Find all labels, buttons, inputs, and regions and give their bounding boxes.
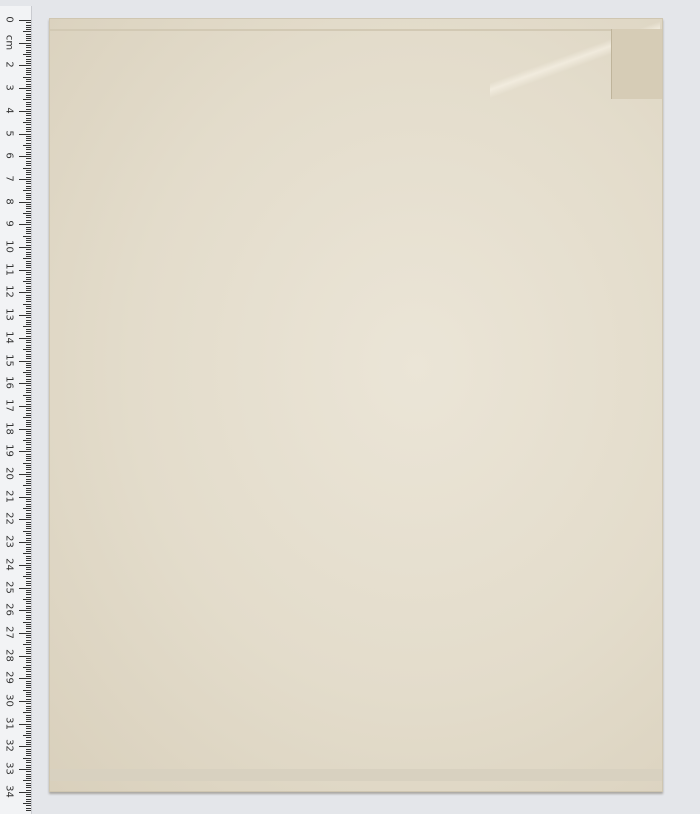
ruler-tick	[26, 494, 31, 495]
ruler-tick	[26, 408, 31, 409]
ruler-tick	[26, 653, 31, 654]
ruler-tick	[26, 628, 31, 629]
ruler-tick	[26, 460, 31, 461]
ruler-tick	[26, 583, 31, 584]
ruler-tick	[26, 381, 31, 382]
ruler-number: 29	[4, 670, 15, 686]
ruler-tick	[26, 295, 31, 296]
ruler-tick	[19, 292, 31, 293]
ruler-tick	[19, 497, 31, 498]
ruler-number: 13	[4, 307, 15, 323]
ruler-tick	[26, 174, 31, 175]
ruler-tick	[19, 746, 31, 747]
ruler-tick	[26, 426, 31, 427]
ruler-tick	[26, 740, 31, 741]
ruler-tick	[23, 326, 31, 327]
ruler-tick	[26, 208, 31, 209]
ruler-tick	[23, 213, 31, 214]
ruler-tick	[26, 458, 31, 459]
ruler-tick	[19, 338, 31, 339]
ruler-tick	[26, 320, 31, 321]
ruler-tick	[19, 111, 31, 112]
ruler-tick	[23, 622, 31, 623]
ruler-tick	[26, 177, 31, 178]
ruler-tick	[26, 106, 31, 107]
ruler-tick	[26, 597, 31, 598]
ruler-tick	[26, 465, 31, 466]
ruler-number: 9	[4, 216, 15, 232]
ruler-tick	[19, 474, 31, 475]
ruler-number: 11	[4, 261, 15, 277]
ruler-tick	[26, 81, 31, 82]
ruler-tick	[26, 358, 31, 359]
ruler-tick	[26, 90, 31, 91]
ruler-tick	[23, 145, 31, 146]
ruler-tick	[26, 313, 31, 314]
ruler-tick	[26, 472, 31, 473]
ruler-tick	[26, 476, 31, 477]
ruler-tick	[23, 667, 31, 668]
ruler-tick	[19, 156, 31, 157]
ruler-tick	[26, 199, 31, 200]
ruler-tick	[19, 792, 31, 793]
ruler-tick	[26, 27, 31, 28]
ruler-number: 15	[4, 352, 15, 368]
ruler-tick	[26, 767, 31, 768]
ruler-tick	[26, 517, 31, 518]
ruler-tick	[26, 504, 31, 505]
ruler-number: 2	[4, 57, 15, 73]
ruler-tick	[26, 222, 31, 223]
ruler-tick	[26, 206, 31, 207]
ruler-tick	[26, 311, 31, 312]
ruler-number: 3	[4, 80, 15, 96]
ruler-tick	[26, 74, 31, 75]
ruler-tick	[26, 370, 31, 371]
ruler-tick	[26, 347, 31, 348]
ruler-number: 28	[4, 647, 15, 663]
ruler-tick	[26, 783, 31, 784]
ruler-tick	[26, 431, 31, 432]
ruler-tick	[26, 329, 31, 330]
ruler-tick	[26, 660, 31, 661]
ruler-tick	[26, 40, 31, 41]
ruler-tick	[26, 274, 31, 275]
ruler-tick	[26, 467, 31, 468]
ruler-tick	[26, 544, 31, 545]
ruler-tick	[26, 136, 31, 137]
ruler-tick	[26, 129, 31, 130]
ruler-tick	[26, 572, 31, 573]
ruler-tick	[26, 647, 31, 648]
ruler-tick	[26, 197, 31, 198]
ruler-number: 8	[4, 193, 15, 209]
ruler-tick	[26, 749, 31, 750]
ruler-tick	[26, 703, 31, 704]
ruler-tick	[26, 351, 31, 352]
ruler-tick	[19, 134, 31, 135]
ruler-number: 18	[4, 420, 15, 436]
ruler-tick	[26, 195, 31, 196]
ruler-tick	[26, 143, 31, 144]
ruler-tick	[26, 608, 31, 609]
ruler-tick	[26, 765, 31, 766]
ruler-tick	[26, 86, 31, 87]
ruler-tick	[26, 38, 31, 39]
ruler-tick	[26, 808, 31, 809]
ruler-tick	[26, 771, 31, 772]
ruler-tick	[26, 404, 31, 405]
ruler-tick	[26, 59, 31, 60]
ruler-tick	[26, 47, 31, 48]
ruler-tick	[26, 710, 31, 711]
ruler-tick	[26, 810, 31, 811]
ruler-tick	[26, 93, 31, 94]
ruler-tick	[19, 678, 31, 679]
ruler-tick	[23, 690, 31, 691]
ruler-tick	[26, 601, 31, 602]
ruler-tick	[26, 642, 31, 643]
torn-corner	[611, 29, 662, 99]
ruler-number: 26	[4, 602, 15, 618]
ruler-tick	[26, 161, 31, 162]
ruler-tick	[26, 115, 31, 116]
ruler-tick	[26, 120, 31, 121]
ruler-tick	[26, 242, 31, 243]
ruler-tick	[26, 533, 31, 534]
ruler-tick	[26, 787, 31, 788]
ruler-tick	[19, 20, 31, 21]
ruler-tick	[26, 699, 31, 700]
ruler-tick	[26, 728, 31, 729]
ruler-tick	[19, 429, 31, 430]
ruler-tick	[26, 483, 31, 484]
ruler-tick	[26, 706, 31, 707]
ruler-tick	[26, 612, 31, 613]
ruler-tick	[26, 535, 31, 536]
ruler-tick	[19, 701, 31, 702]
ruler-tick	[26, 651, 31, 652]
ruler-tick	[26, 149, 31, 150]
ruler-tick	[26, 442, 31, 443]
ruler-tick	[26, 331, 31, 332]
ruler-number: 6	[4, 148, 15, 164]
ruler-tick	[23, 258, 31, 259]
ruler-tick	[26, 731, 31, 732]
ruler-tick	[26, 560, 31, 561]
ruler-tick	[26, 594, 31, 595]
ruler-tick	[23, 803, 31, 804]
ruler-tick	[23, 236, 31, 237]
ruler-number: 19	[4, 443, 15, 459]
ruler-tick	[26, 286, 31, 287]
ruler-tick	[26, 204, 31, 205]
ruler-tick	[26, 336, 31, 337]
ruler-tick	[26, 558, 31, 559]
ruler-tick	[26, 785, 31, 786]
ruler-tick	[26, 481, 31, 482]
ruler-tick	[26, 424, 31, 425]
ruler-tick	[26, 681, 31, 682]
ruler-tick	[26, 674, 31, 675]
ruler-tick	[19, 202, 31, 203]
ruler-tick	[26, 340, 31, 341]
ruler-tick	[26, 751, 31, 752]
ruler-tick	[26, 45, 31, 46]
ruler-tick	[19, 65, 31, 66]
ruler-tick	[23, 168, 31, 169]
ruler-number: 31	[4, 715, 15, 731]
ruler-tick	[26, 721, 31, 722]
ruler-number: 30	[4, 693, 15, 709]
ruler-number: 24	[4, 556, 15, 572]
ruler-tick	[23, 599, 31, 600]
ruler-number: 21	[4, 488, 15, 504]
ruler-tick	[19, 179, 31, 180]
ruler-tick	[26, 172, 31, 173]
ruler-tick	[23, 417, 31, 418]
ruler-tick	[23, 281, 31, 282]
ruler-tick	[26, 501, 31, 502]
ruler-tick	[26, 261, 31, 262]
ruler-tick	[26, 776, 31, 777]
ruler-tick	[26, 526, 31, 527]
ruler-tick	[23, 122, 31, 123]
ruler-tick	[26, 522, 31, 523]
ruler-tick	[26, 220, 31, 221]
bottom-edge-strip	[50, 769, 662, 781]
ruler-tick	[26, 25, 31, 26]
ruler-tick	[26, 447, 31, 448]
ruler-tick	[26, 333, 31, 334]
ruler-tick	[26, 415, 31, 416]
ruler-tick	[26, 301, 31, 302]
ruler-tick	[26, 603, 31, 604]
ruler-tick	[23, 349, 31, 350]
ruler-tick	[26, 188, 31, 189]
ruler-tick	[26, 488, 31, 489]
ruler-tick	[19, 724, 31, 725]
ruler-tick	[26, 538, 31, 539]
ruler-tick	[26, 138, 31, 139]
ruler-tick	[26, 97, 31, 98]
ruler-tick	[26, 152, 31, 153]
ruler-tick	[23, 644, 31, 645]
ruler-tick	[26, 717, 31, 718]
ruler-tick	[26, 774, 31, 775]
ruler-tick	[26, 363, 31, 364]
ruler-tick	[26, 438, 31, 439]
ruler-tick	[26, 528, 31, 529]
ruler-tick	[26, 640, 31, 641]
ruler-tick	[26, 444, 31, 445]
ruler-tick	[23, 758, 31, 759]
ruler-tick	[19, 315, 31, 316]
ruler-tick	[26, 799, 31, 800]
ruler-number: 12	[4, 284, 15, 300]
ruler-tick	[26, 256, 31, 257]
ruler-tick	[26, 479, 31, 480]
ruler-tick	[26, 676, 31, 677]
ruler-tick	[26, 308, 31, 309]
ruler-tick	[26, 624, 31, 625]
ruler-tick	[26, 401, 31, 402]
ruler-tick	[26, 492, 31, 493]
ruler-tick	[26, 715, 31, 716]
ruler-tick	[26, 342, 31, 343]
ruler-tick	[26, 193, 31, 194]
ruler-tick	[26, 390, 31, 391]
ruler-tick	[26, 324, 31, 325]
ruler-tick	[26, 631, 31, 632]
ruler-number: 16	[4, 375, 15, 391]
ruler-tick	[26, 742, 31, 743]
ruler-tick	[26, 84, 31, 85]
ruler-tick	[26, 649, 31, 650]
ruler-tick	[26, 433, 31, 434]
ruler-tick	[26, 72, 31, 73]
ruler-tick	[23, 77, 31, 78]
ruler-tick	[23, 54, 31, 55]
ruler-tick	[26, 524, 31, 525]
ruler-tick	[26, 249, 31, 250]
ruler-tick	[26, 574, 31, 575]
ruler-tick	[26, 267, 31, 268]
ruler-tick	[26, 515, 31, 516]
ruler-tick	[26, 510, 31, 511]
ruler-tick	[26, 801, 31, 802]
ruler-tick	[26, 263, 31, 264]
ruler-tick	[26, 113, 31, 114]
ruler-tick	[26, 70, 31, 71]
ruler-tick	[26, 422, 31, 423]
ruler-tick	[26, 124, 31, 125]
ruler-tick	[26, 513, 31, 514]
ruler-tick	[19, 542, 31, 543]
ruler-tick	[26, 376, 31, 377]
ruler-tick	[26, 687, 31, 688]
ruler-number: 34	[4, 783, 15, 799]
ruler-tick	[26, 231, 31, 232]
ruler-tick	[26, 252, 31, 253]
ruler-tick	[26, 109, 31, 110]
ruler-tick	[26, 283, 31, 284]
ruler-tick	[26, 170, 31, 171]
ruler-tick	[26, 306, 31, 307]
ruler-tick	[23, 463, 31, 464]
ruler-tick	[26, 413, 31, 414]
ruler-tick	[19, 383, 31, 384]
ruler-tick	[26, 68, 31, 69]
ruler-tick	[26, 131, 31, 132]
ruler-tick	[23, 712, 31, 713]
ruler-number: cm	[4, 34, 15, 50]
ruler-tick	[26, 388, 31, 389]
ruler-tick	[26, 665, 31, 666]
ruler-tick	[26, 733, 31, 734]
ruler-number: 22	[4, 511, 15, 527]
ruler-number: 5	[4, 125, 15, 141]
ruler-tick	[26, 615, 31, 616]
ruler-tick	[26, 637, 31, 638]
ruler-tick	[26, 288, 31, 289]
ruler-tick	[26, 719, 31, 720]
ruler-tick	[26, 158, 31, 159]
ruler-tick	[23, 735, 31, 736]
ruler-tick	[26, 211, 31, 212]
ruler-tick	[26, 540, 31, 541]
ruler-number: 32	[4, 738, 15, 754]
ruler-tick	[26, 240, 31, 241]
ruler-tick	[26, 547, 31, 548]
ruler-tick	[26, 563, 31, 564]
ruler-tick	[26, 490, 31, 491]
ruler-tick	[26, 658, 31, 659]
ruler-tick	[26, 567, 31, 568]
ruler-tick	[26, 694, 31, 695]
ruler-tick	[26, 79, 31, 80]
ruler-tick	[23, 440, 31, 441]
ruler-tick	[23, 780, 31, 781]
ruler-tick	[26, 61, 31, 62]
ruler-tick	[26, 662, 31, 663]
ruler-tick	[26, 551, 31, 552]
ruler-tick	[26, 617, 31, 618]
ruler-tick	[19, 769, 31, 770]
ruler-tick	[26, 118, 31, 119]
ruler-tick	[26, 794, 31, 795]
ruler-tick	[26, 279, 31, 280]
ruler-tick	[26, 590, 31, 591]
ruler-tick	[26, 753, 31, 754]
ruler-tick	[26, 227, 31, 228]
ruler-number: 33	[4, 761, 15, 777]
ruler-tick	[26, 696, 31, 697]
ruler-tick	[26, 22, 31, 23]
ruler-tick	[19, 633, 31, 634]
ruler-tick	[26, 626, 31, 627]
ruler-tick	[26, 140, 31, 141]
ruler-tick	[26, 181, 31, 182]
ruler-tick	[23, 31, 31, 32]
ruler-tick	[26, 356, 31, 357]
ruler-tick	[19, 406, 31, 407]
ruler-tick	[26, 374, 31, 375]
ruler-tick	[26, 245, 31, 246]
ruler-number: 20	[4, 466, 15, 482]
ruler-tick	[26, 397, 31, 398]
ruler-tick	[23, 553, 31, 554]
ruler-tick	[26, 290, 31, 291]
ruler-tick	[19, 565, 31, 566]
ruler-tick	[26, 469, 31, 470]
ruler-number: 17	[4, 397, 15, 413]
ruler-tick	[26, 52, 31, 53]
ruler-tick	[19, 270, 31, 271]
ruler-tick	[26, 354, 31, 355]
ruler-tick	[26, 50, 31, 51]
ruler-number: 27	[4, 624, 15, 640]
ruler-tick	[23, 372, 31, 373]
ruler-tick	[26, 345, 31, 346]
ruler-tick	[26, 449, 31, 450]
ruler-tick	[26, 265, 31, 266]
measurement-ruler: 0cm2345678910111213141516171819202122232…	[0, 6, 32, 814]
ruler-tick	[26, 420, 31, 421]
ruler-tick	[26, 365, 31, 366]
blank-paper-sheet	[49, 18, 663, 792]
ruler-number: 0	[4, 12, 15, 28]
